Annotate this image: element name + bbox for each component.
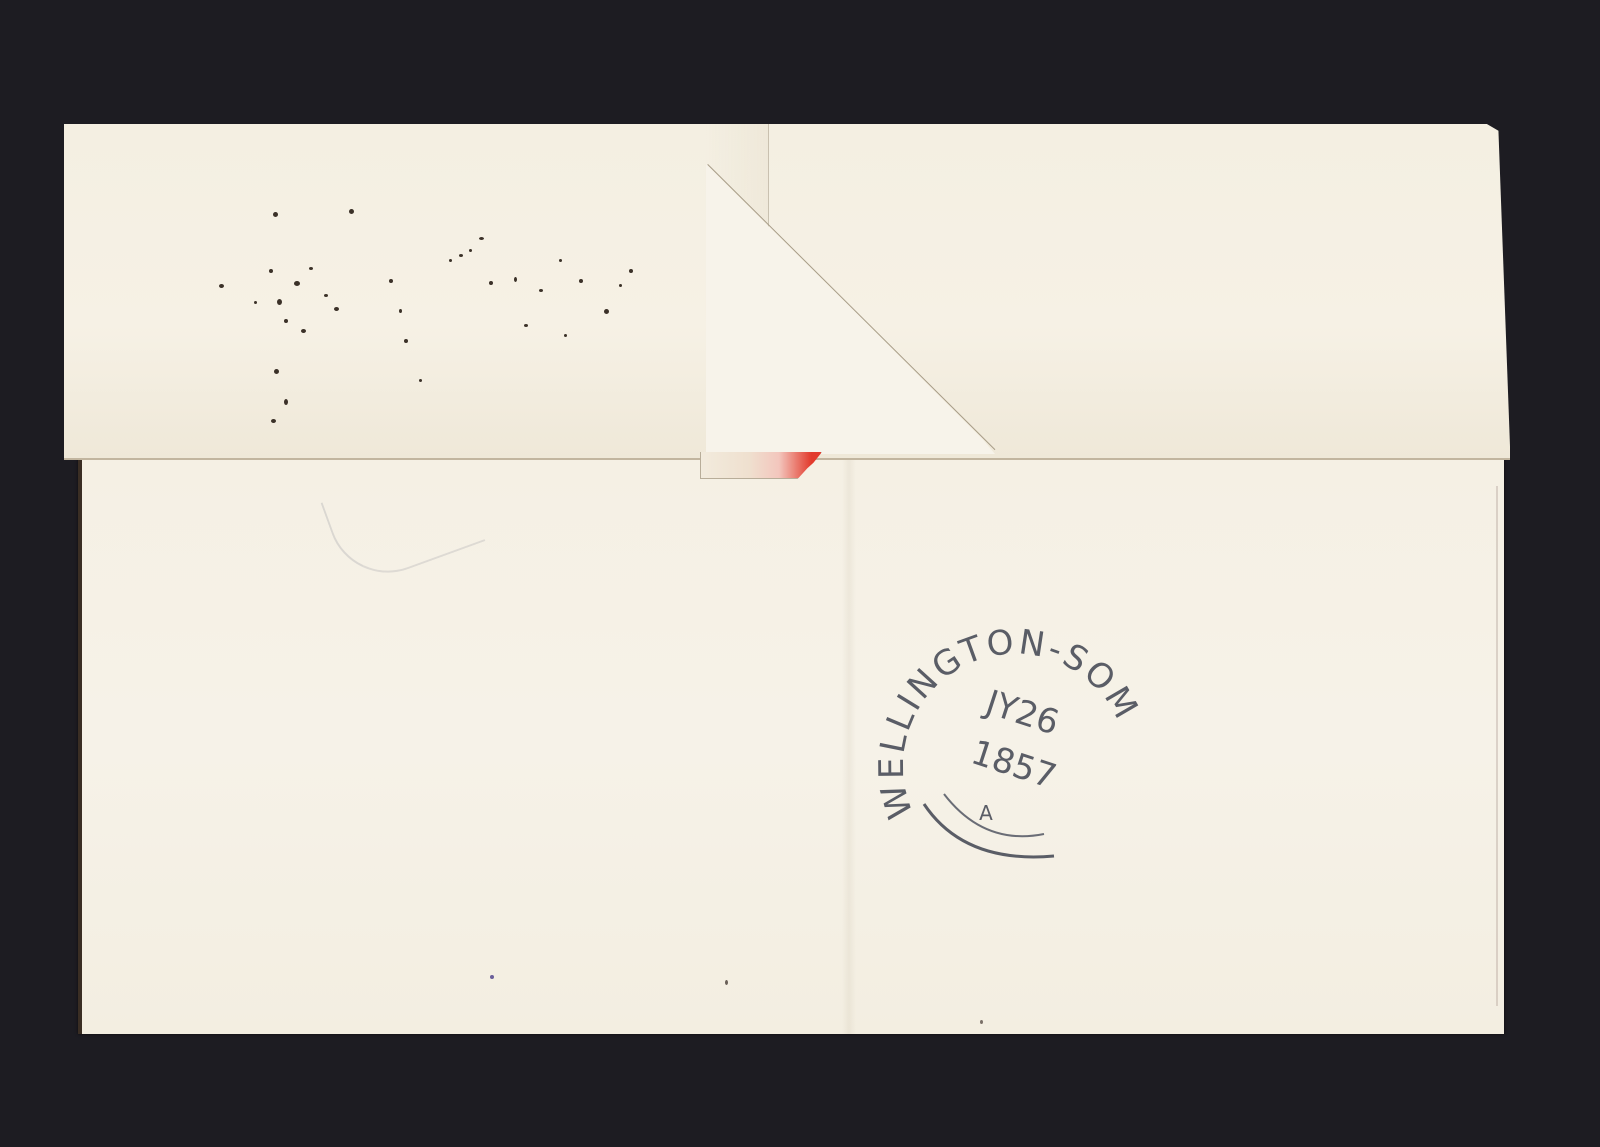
letter-sheet-back — [78, 446, 1504, 1034]
pencil-mark — [321, 454, 486, 589]
offset-ink-marks — [159, 209, 659, 449]
ink-speck — [273, 212, 278, 217]
top-folded-flap — [64, 124, 1510, 460]
ink-speck — [980, 1020, 983, 1024]
ink-speck — [725, 980, 728, 985]
postmark-year: 1857 — [966, 733, 1061, 798]
postmark-code: A — [979, 801, 993, 825]
ink-speck — [490, 975, 494, 979]
postmark-date: JY26 — [979, 682, 1064, 744]
circular-datestamp: WELLINGTON-SOM JY26 1857 A — [874, 614, 1164, 884]
postmark-arc-inner — [944, 794, 1044, 836]
